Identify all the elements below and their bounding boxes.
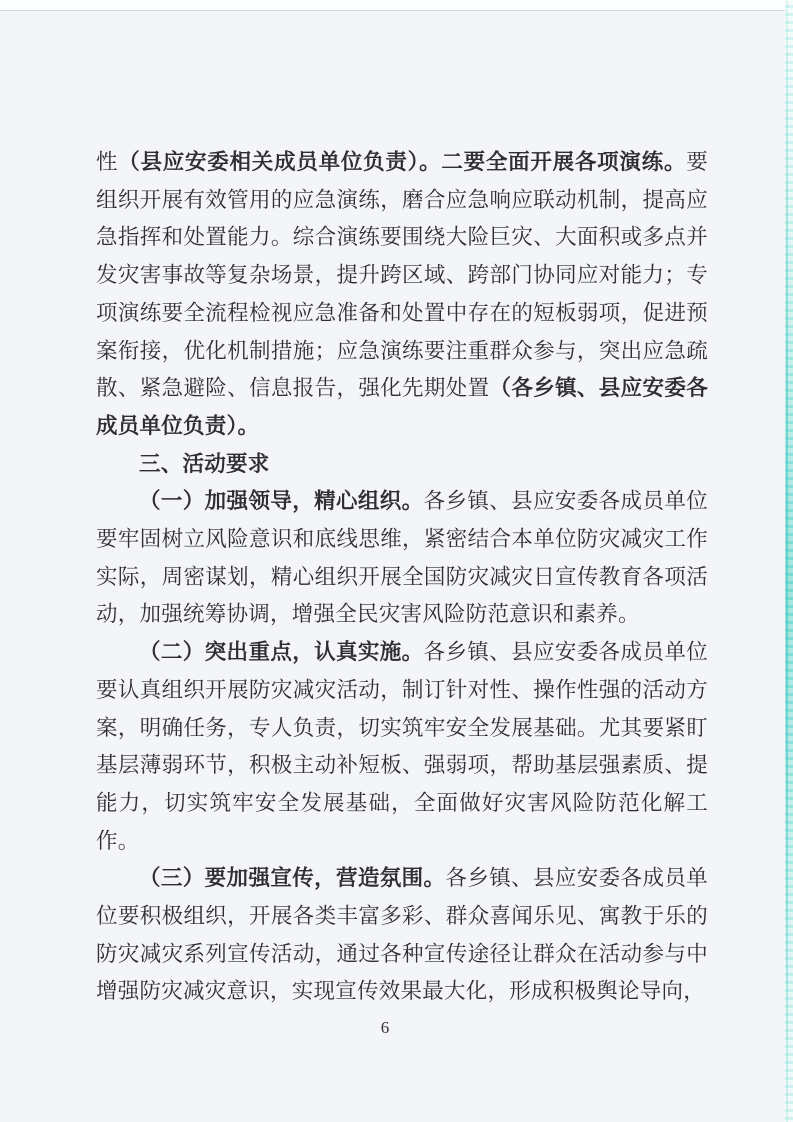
emphasis-run: （三）要加强宣传，营造氛围。 xyxy=(139,866,445,890)
emphasis-run: （县应安委相关成员单位负责）。 xyxy=(118,150,441,174)
text-run: 性 xyxy=(96,150,118,174)
paragraph-item-2-highlight-priorities: （二）突出重点，认真实施。各乡镇、县应安委各成员单位要认真组织开展防灾减灾活动，… xyxy=(96,634,708,860)
paragraph-item-1-strengthen-leadership: （一）加强领导，精心组织。各乡镇、县应安委各成员单位要牢固树立风险意识和底线思维… xyxy=(96,483,708,634)
section-heading-activity-requirements: 三、活动要求 xyxy=(96,446,708,484)
emphasis-run: （二）突出重点，认真实施。 xyxy=(139,640,424,664)
page-number: 6 xyxy=(0,1018,770,1038)
emphasis-run: （一）加强领导，精心组织。 xyxy=(139,489,424,513)
scan-edge-teal-line xyxy=(786,0,788,1122)
paragraph-item-3-strengthen-publicity: （三）要加强宣传，营造氛围。各乡镇、县应安委各成员单位要积极组织，开展各类丰富多… xyxy=(96,860,708,1011)
emphasis-run: 二要全面开展各项演练。 xyxy=(441,150,686,174)
document-body: 性（县应安委相关成员单位负责）。二要全面开展各项演练。要组织开展有效管用的应急演… xyxy=(96,144,708,1011)
paragraph-drills-continuation: 性（县应安委相关成员单位负责）。二要全面开展各项演练。要组织开展有效管用的应急演… xyxy=(96,144,708,446)
emphasis-run: 三、活动要求 xyxy=(139,452,270,476)
scan-edge-artifact xyxy=(785,0,793,1122)
scanned-document-page: 性（县应安委相关成员单位负责）。二要全面开展各项演练。要组织开展有效管用的应急演… xyxy=(0,0,793,1122)
text-run: 要组织开展有效管用的应急演练，磨合应急响应联动机制，提高应急指挥和处置能力。综合… xyxy=(96,150,708,400)
text-run: 各乡镇、县应安委各成员单位要认真组织开展防灾减灾活动，制订针对性、操作性强的活动… xyxy=(96,640,708,853)
